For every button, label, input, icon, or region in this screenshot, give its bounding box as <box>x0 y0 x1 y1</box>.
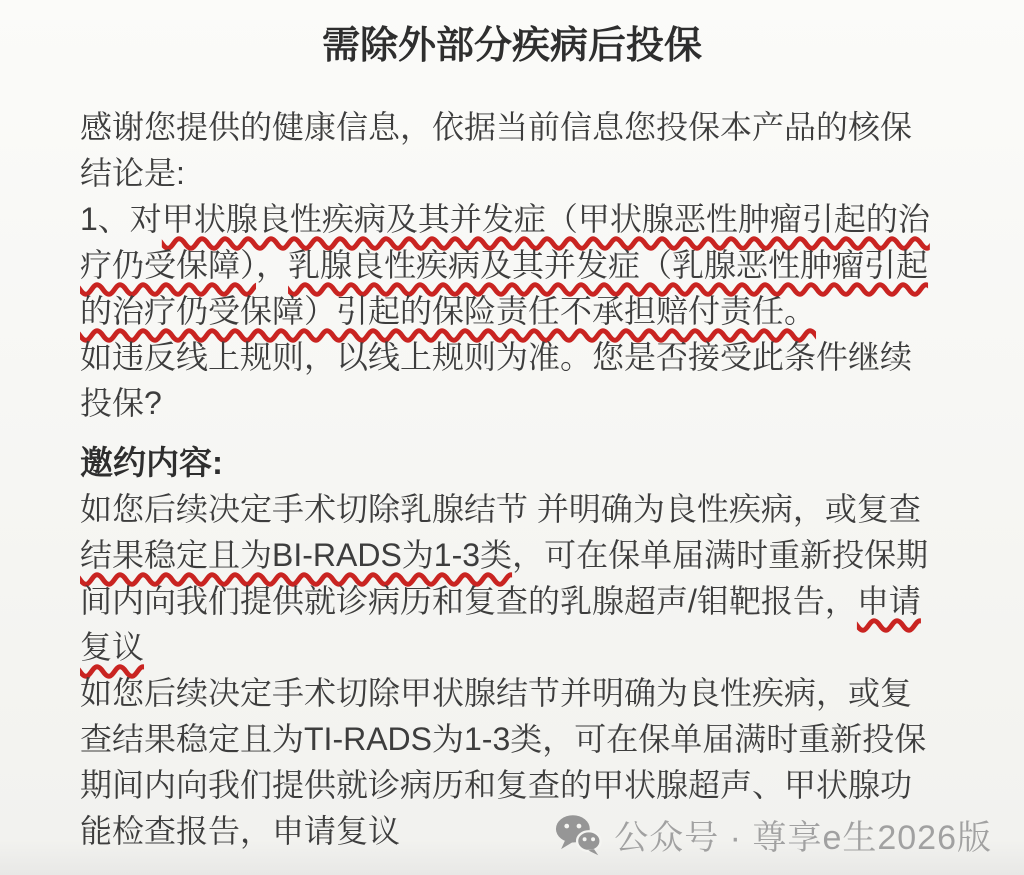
page-title: 需除外部分疾病后投保 <box>0 0 1024 68</box>
plain-text: 感谢您提供的健康信息，依据当前信息您投保本产品的核保结论是: <box>80 109 912 191</box>
watermark: 公众号 · 尊享e生2026版 <box>555 810 992 859</box>
document-body: 感谢您提供的健康信息，依据当前信息您投保本产品的核保结论是: 1、对甲状腺良性疾… <box>0 68 1024 854</box>
plain-text: 如违反线上规则，以线上规则为准。您是否接受此条件继续投保? <box>80 339 912 421</box>
underwriting-result-page: 需除外部分疾病后投保 感谢您提供的健康信息，依据当前信息您投保本产品的核保结论是… <box>0 0 1024 875</box>
plain-text: ， <box>256 247 288 283</box>
wechat-logo-icon <box>555 814 602 856</box>
invitation-breast-paragraph: 如您后续决定手术切除乳腺结节 并明确为良性疾病，或复查结果稳定且为BI-RADS… <box>80 486 933 670</box>
red-underlined-text: 结果稳定且为BI-RADS为1-3类 <box>80 537 512 573</box>
invitation-heading: 邀约内容: <box>80 440 933 486</box>
plain-text: 如您后续决定手术切除乳腺结节 并明确为良性疾病，或复查 <box>80 491 921 527</box>
intro-paragraph: 感谢您提供的健康信息，依据当前信息您投保本产品的核保结论是: <box>80 104 933 196</box>
watermark-text: 公众号 · 尊享e生2026版 <box>614 810 992 859</box>
plain-text: 1、对 <box>80 201 162 237</box>
online-rule-paragraph: 如违反线上规则，以线上规则为准。您是否接受此条件继续投保? <box>80 334 933 426</box>
exclusion-clause-paragraph: 1、对甲状腺良性疾病及其并发症（甲状腺恶性肿瘤引起的治疗仍受保障），乳腺良性疾病… <box>80 196 933 334</box>
